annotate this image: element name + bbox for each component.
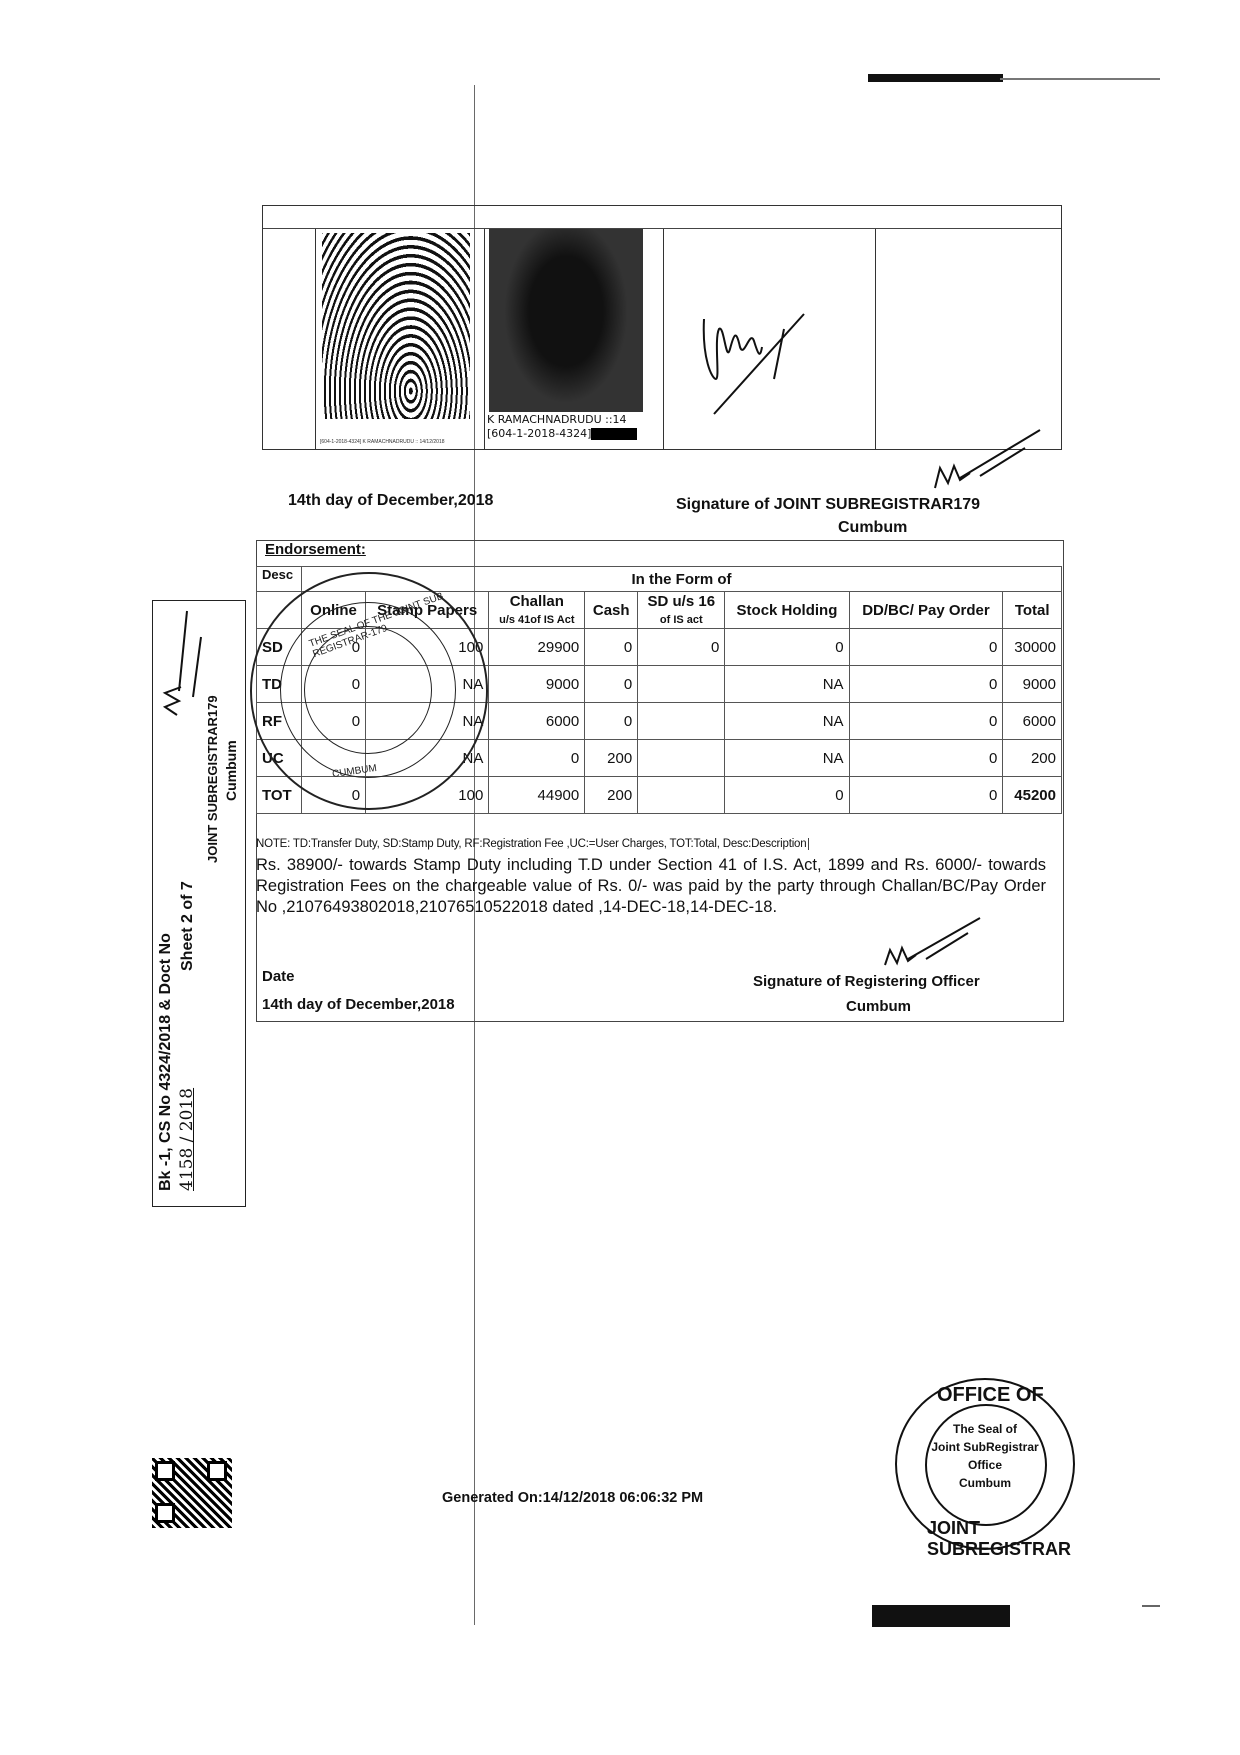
column-header: Cash xyxy=(585,592,638,629)
registering-officer-city: Cumbum xyxy=(846,998,911,1015)
cell-dd: 0 xyxy=(849,666,1003,703)
party-id: [604-1-2018-4324] xyxy=(487,427,637,440)
cell-cash: 0 xyxy=(585,629,638,666)
subregistrar-round-seal: THE SEAL OF THE JOINT SUB REGISTRAR-179 … xyxy=(250,572,488,810)
cell-sd16 xyxy=(638,666,725,703)
cell-stock: 0 xyxy=(725,777,849,814)
cell-cash: 0 xyxy=(585,703,638,740)
sheet-number: Sheet 2 of 7 xyxy=(179,881,197,971)
office-seal: OFFICE OF The Seal of Joint SubRegistrar… xyxy=(895,1378,1075,1550)
party-name: K RAMACHNADRUDU ::14 xyxy=(487,413,627,426)
cell-cash: 200 xyxy=(585,740,638,777)
subregistrar-signature-label: Signature of JOINT SUBREGISTRAR179 xyxy=(676,496,980,514)
fingerprint-image xyxy=(322,233,470,419)
column-header: Total xyxy=(1003,592,1062,629)
registering-officer-label: Signature of Registering Officer xyxy=(753,973,980,990)
cell-challan: 29900 xyxy=(489,629,585,666)
fingerprint-cell: [604-1-2018-4324] K RAMACHNADRUDU :: 14/… xyxy=(315,229,476,449)
generated-timestamp: Generated On:14/12/2018 06:06:32 PM xyxy=(442,1490,703,1506)
column-header: DD/BC/ Pay Order xyxy=(849,592,1003,629)
date-label: Date xyxy=(262,968,295,985)
abbreviation-note: NOTE: TD:Transfer Duty, SD:Stamp Duty, R… xyxy=(256,838,809,850)
column-header: SD u/s 16of IS act xyxy=(638,592,725,629)
book-cs-number: Bk -1, CS No 4324/2018 & Doct No xyxy=(157,933,175,1191)
registrar-signature-icon xyxy=(930,428,1050,498)
party-photo xyxy=(489,229,643,412)
execution-date: 14th day of December,2018 xyxy=(288,492,493,510)
cell-sd16: 0 xyxy=(638,629,725,666)
scan-tick xyxy=(1142,1605,1160,1607)
cell-stock: NA xyxy=(725,666,849,703)
cell-stock: NA xyxy=(725,703,849,740)
cell-challan: 0 xyxy=(489,740,585,777)
cell-sd16 xyxy=(638,703,725,740)
handwritten-doc-number: 4158 / 2018 xyxy=(177,1088,197,1191)
endorsement-date: 14th day of December,2018 xyxy=(262,996,455,1013)
blank-cell xyxy=(875,229,1062,449)
scan-line-top xyxy=(1000,78,1160,80)
fingerprint-caption: [604-1-2018-4324] K RAMACHNADRUDU :: 14/… xyxy=(320,439,445,445)
qr-code-icon xyxy=(152,1458,232,1528)
column-header: Challanu/s 41of IS Act xyxy=(489,592,585,629)
cell-stock: NA xyxy=(725,740,849,777)
signature-cell xyxy=(663,229,864,449)
cell-dd: 0 xyxy=(849,629,1003,666)
cell-sd16 xyxy=(638,777,725,814)
cell-challan: 9000 xyxy=(489,666,585,703)
cell-dd: 0 xyxy=(849,740,1003,777)
redaction-block xyxy=(591,428,637,440)
cell-total: 9000 xyxy=(1003,666,1062,703)
cell-cash: 200 xyxy=(585,777,638,814)
biometric-strip: [604-1-2018-4324] K RAMACHNADRUDU :: 14/… xyxy=(262,205,1062,450)
cell-dd: 0 xyxy=(849,777,1003,814)
desc-header: Desc xyxy=(257,567,302,592)
cell-dd: 0 xyxy=(849,703,1003,740)
subregistrar-city: Cumbum xyxy=(838,519,907,537)
cell-challan: 44900 xyxy=(489,777,585,814)
cell-cash: 0 xyxy=(585,666,638,703)
document-number-stamp: Bk -1, CS No 4324/2018 & Doct No 4158 / … xyxy=(152,600,246,1207)
officer-signature-icon xyxy=(880,915,990,975)
cell-total: 30000 xyxy=(1003,629,1062,666)
cell-sd16 xyxy=(638,740,725,777)
stamp-subregistrar: JOINT SUBREGISTRAR179 xyxy=(205,695,220,863)
payment-paragraph: Rs. 38900/- towards Stamp Duty including… xyxy=(256,855,1046,918)
cell-total: 6000 xyxy=(1003,703,1062,740)
cell-total: 200 xyxy=(1003,740,1062,777)
stamp-signature-icon xyxy=(157,607,207,717)
scan-artifact-bottom xyxy=(872,1605,1010,1627)
endorsement-title: Endorsement: xyxy=(265,541,366,558)
cell-stock: 0 xyxy=(725,629,849,666)
scan-artifact-top xyxy=(868,74,1003,82)
stamp-city: Cumbum xyxy=(223,740,239,801)
party-signature-icon xyxy=(664,229,864,447)
column-header: Stock Holding xyxy=(725,592,849,629)
cell-challan: 6000 xyxy=(489,703,585,740)
cell-total: 45200 xyxy=(1003,777,1062,814)
photo-cell: K RAMACHNADRUDU ::14 [604-1-2018-4324] xyxy=(484,229,645,449)
